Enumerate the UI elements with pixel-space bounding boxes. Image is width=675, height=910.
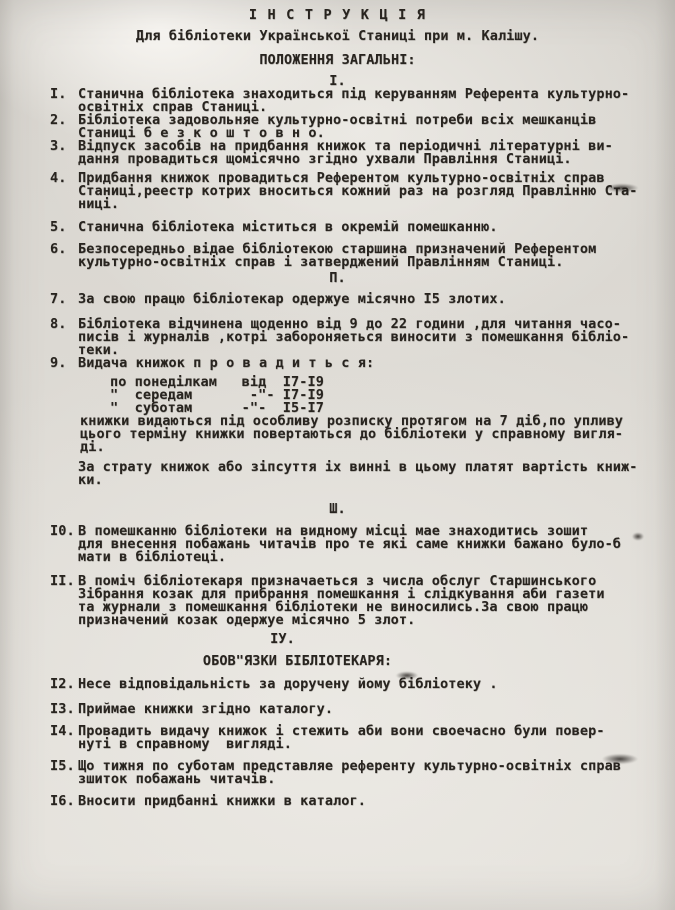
item-text: Станична бібліотека міститься в окремій …	[78, 221, 655, 234]
item-number: 6.	[50, 243, 66, 256]
item-number: 8.	[50, 318, 66, 331]
item-text: Бібліотека відчинена щоденно від 9 до 22…	[78, 318, 655, 357]
list-item: І4. Провадить видачу книжок і стежить аб…	[0, 725, 675, 751]
item-number: І6.	[50, 795, 75, 808]
document-subtitle: Для бібліотеки Української Станиці при м…	[0, 30, 675, 43]
section-mark-4: ІУ.	[0, 633, 675, 646]
list-item: 8. Бібліотека відчинена щоденно від 9 до…	[0, 318, 675, 357]
item-number: 2.	[50, 114, 66, 127]
item-text: Безпосередньо відае бібліотекою старшина…	[78, 243, 655, 269]
item-number: І0.	[50, 525, 75, 538]
list-item: 4. Придбання книжок провадиться Референт…	[0, 172, 675, 211]
list-item: 3. Відпуск засобів на придбання книжок т…	[0, 140, 675, 166]
list-item: І2. Несе відповідальність за доручену йо…	[0, 678, 675, 691]
list-item: І5. Що тижня по суботам представляе рефе…	[0, 760, 675, 786]
item-text: Видача книжок п р о в а д и т ь с я:	[78, 357, 655, 370]
item-number: І4.	[50, 725, 75, 738]
item-text: Бібліотека задовольняе культурно-освітні…	[78, 114, 655, 140]
list-item: 5. Станична бібліотека міститься в окрем…	[0, 221, 675, 234]
schedule-note: книжки видаються під особливу розписку п…	[0, 415, 675, 454]
item-text: Провадить видачу книжок і стежить аби во…	[78, 725, 655, 751]
list-item: 9. Видача книжок п р о в а д и т ь с я:	[0, 357, 675, 370]
item-text: Що тижня по суботам представляе референт…	[78, 760, 655, 786]
item-text: Придбання книжок провадиться Референтом …	[78, 172, 655, 211]
section-mark-4-label: ІУ.	[270, 631, 295, 647]
list-item: І0. В помешканню бібліотеки на видному м…	[0, 525, 675, 564]
document-sheet: І Н С Т Р У К Ц І Я Для бібліотеки Украї…	[0, 0, 675, 910]
item-text: За свою працю бібліотекар одержуе місячн…	[78, 293, 655, 306]
item-text: Станична бібліотека знаходиться під керу…	[78, 88, 655, 114]
document-title: І Н С Т Р У К Ц І Я	[0, 8, 675, 22]
list-item: І. Станична бібліотека знаходиться під к…	[0, 88, 675, 114]
list-item: 7. За свою працю бібліотекар одержуе міс…	[0, 293, 675, 306]
item-text: В поміч бібліотекаря призначаеться з чис…	[78, 575, 655, 627]
item-number: І.	[50, 88, 66, 101]
item-number: 3.	[50, 140, 66, 153]
item-text: Вносити придбанні книжки в каталог.	[78, 795, 655, 808]
list-item: 6. Безпосередньо відае бібліотекою старш…	[0, 243, 675, 269]
item-number: І3.	[50, 703, 75, 716]
item-number: 4.	[50, 172, 66, 185]
section-general-heading: ПОЛОЖЕННЯ ЗАГАЛЬНІ:	[0, 54, 675, 67]
item-number: ІІ.	[50, 575, 75, 588]
penalty-text: За страту книжок або зіпсуття іх винні в…	[78, 461, 655, 487]
section-mark-2: П.	[0, 272, 675, 285]
item-text: Несе відповідальність за доручену йому б…	[78, 678, 655, 691]
duties-heading-label: ОБОВ"ЯЗКИ БІБЛІОТЕКАРЯ:	[203, 653, 392, 669]
section-mark-3: Ш.	[0, 503, 675, 516]
list-item: 2. Бібліотека задовольняе культурно-осві…	[0, 114, 675, 140]
item-number: 9.	[50, 357, 66, 370]
list-item: ІІ. В поміч бібліотекаря призначаеться з…	[0, 575, 675, 627]
duties-heading: ОБОВ"ЯЗКИ БІБЛІОТЕКАРЯ:	[0, 655, 675, 668]
item-text: В помешканню бібліотеки на видному місці…	[78, 525, 655, 564]
item-number: І5.	[50, 760, 75, 773]
item-number: І2.	[50, 678, 75, 691]
item-number: 5.	[50, 221, 66, 234]
item-text: Приймае книжки згідно каталогу.	[78, 703, 655, 716]
item-text: Відпуск засобів на придбання книжок та п…	[78, 140, 655, 166]
scanned-document-page: І Н С Т Р У К Ц І Я Для бібліотеки Украї…	[0, 0, 675, 910]
list-item: І6. Вносити придбанні книжки в каталог.	[0, 795, 675, 808]
item-number: 7.	[50, 293, 66, 306]
list-item: І3. Приймае книжки згідно каталогу.	[0, 703, 675, 716]
schedule-note-text: книжки видаються під особливу розписку п…	[80, 415, 655, 454]
penalty-paragraph: За страту книжок або зіпсуття іх винні в…	[0, 461, 675, 487]
lending-schedule: по понеділкам від І7-І9 " середам -"- І7…	[110, 376, 675, 415]
